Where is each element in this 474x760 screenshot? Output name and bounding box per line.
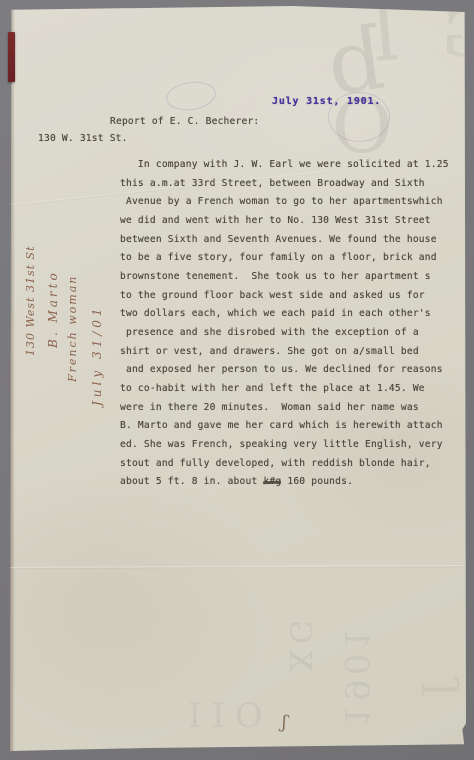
body-line: stout and fully developed, with reddish … [120,455,465,474]
stamp-ghost [164,79,217,114]
body-line: In company with J. W. Earl we were solic… [120,156,465,175]
body-line: shirt or vest, and drawers. She got on a… [120,343,465,362]
bleedthrough-letter: G [442,0,474,72]
report-body: In company with J. W. Earl we were solic… [120,156,465,492]
body-line: ed. She was French, speaking very little… [120,436,465,455]
body-line: were in there 20 minutes. Woman said her… [120,399,465,418]
body-line: to be a five story, four family on a flo… [120,249,465,268]
bleedthrough-letter: J [415,681,461,697]
body-line: brownstone tenement. She took us to her … [120,268,465,287]
body-line: presence and she disrobed with the excep… [120,324,465,343]
handwritten-note: French woman [66,232,79,382]
date-line: July 31st, 1901. [272,96,381,107]
body-line: to the ground floor back west side and a… [120,287,465,306]
handwritten-note: July 31/01 [90,211,104,406]
address-line: 130 W. 31st St. [38,133,128,144]
body-line: B. Marto and gave me her card which is h… [120,417,465,436]
handwritten-note: B. Marto [46,218,60,348]
ink-speck: ʃ [280,712,289,734]
body-line: and exposed her person to us. We decline… [120,361,465,380]
bleedthrough-letter: 1901 [336,624,376,727]
handwritten-note: 130 West 31st St [24,206,37,356]
fold-crease [10,565,466,569]
report-title: Report of E. C. Becherer: [110,116,259,127]
body-text: about 5 ft. 8 in. about [120,476,263,487]
body-line: Avenue by a French woman to go to her ap… [120,193,465,212]
document-page: b l O G XG 1901 OII J July 31st, 1901. R… [10,6,466,751]
photo-background: b l O G XG 1901 OII J July 31st, 1901. R… [0,0,474,760]
red-tab-marker [8,32,15,82]
paper-edge-shadow [10,6,15,751]
body-text: 160 pounds. [281,476,353,487]
body-line: this a.m.at 33rd Street, between Broadwa… [120,175,465,194]
body-line-final: about 5 ft. 8 in. about k#g 160 pounds. [120,473,465,492]
struck-out-text: k#g [263,476,281,487]
body-line: we did and went with her to No. 130 West… [120,212,465,231]
body-line: between Sixth and Seventh Avenues. We fo… [120,231,465,250]
bleedthrough-letter: OII [178,696,263,736]
body-line: two dollars each, which we each paid in … [120,305,465,324]
body-line: to co-habit with her and left the place … [120,380,465,399]
bleedthrough-letter: XG [282,614,317,671]
bleedthrough-letter: l [368,0,402,80]
